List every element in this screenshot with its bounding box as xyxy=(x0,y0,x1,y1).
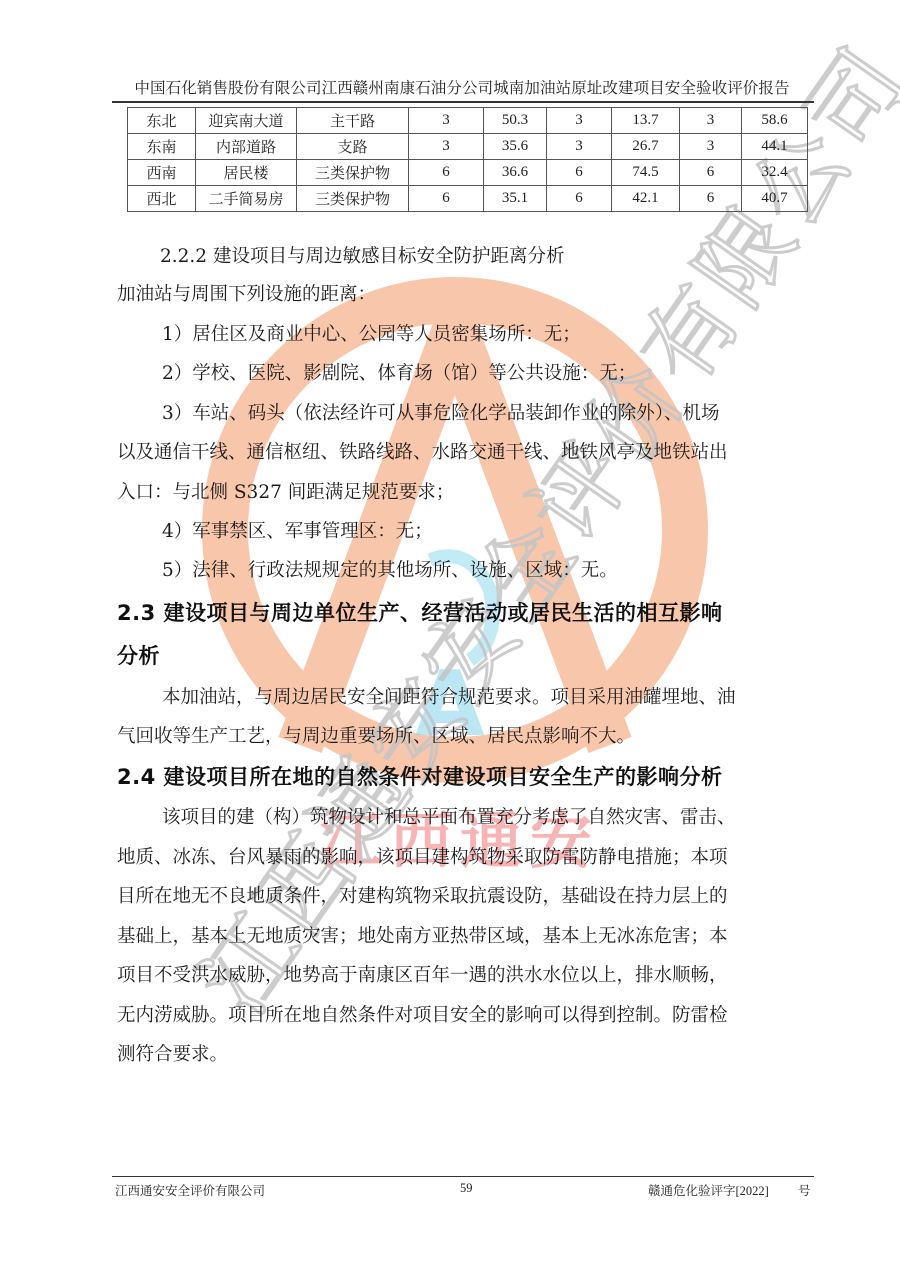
facility-cell: 居民楼 xyxy=(196,160,297,186)
paragraph-line: 无内涝威胁。项目所在地自然条件对项目安全的影响可以得到控制。防雷检 xyxy=(117,1001,728,1027)
value-cell: 6 xyxy=(409,186,484,212)
table-row: 东北 迎宾南大道 主干路 3 50.3 3 13.7 3 58.6 xyxy=(128,108,808,134)
value-cell: 42.1 xyxy=(612,186,680,212)
table-row: 西北 二手简易房 三类保护物 6 35.1 6 42.1 6 40.7 xyxy=(128,186,808,212)
document-page: A 江西通安 江西通安安全评价有限公司 中国石化销售股份有限公司江西赣州南康石油… xyxy=(0,0,900,1272)
value-cell: 3 xyxy=(409,108,484,134)
footer-divider xyxy=(112,1176,814,1177)
section-heading-2-3: 2.3 建设项目与周边单位生产、经营活动或居民生活的相互影响 xyxy=(117,597,723,627)
subsection-heading-2-2-2: 2.2.2 建设项目与周边敏感目标安全防护距离分析 xyxy=(160,242,564,268)
list-item: 4）军事禁区、军事管理区：无； xyxy=(162,517,433,543)
value-cell: 36.6 xyxy=(484,160,547,186)
value-cell: 13.7 xyxy=(612,108,680,134)
value-cell: 6 xyxy=(547,186,612,212)
value-cell: 35.1 xyxy=(484,186,547,212)
paragraph-line: 该项目的建（构）筑物设计和总平面布置充分考虑了自然灾害、雷击、 xyxy=(162,803,736,829)
value-cell: 50.3 xyxy=(484,108,547,134)
category-cell: 三类保护物 xyxy=(297,186,409,212)
facility-cell: 迎宾南大道 xyxy=(196,108,297,134)
table-row: 西南 居民楼 三类保护物 6 36.6 6 74.5 6 32.4 xyxy=(128,160,808,186)
value-cell: 6 xyxy=(409,160,484,186)
list-item-continued: 入口：与北侧 S327 间距满足规范要求； xyxy=(117,478,454,504)
footer-company: 江西通安安全评价有限公司 xyxy=(115,1181,265,1199)
section-heading-2-4: 2.4 建设项目所在地的自然条件对建设项目安全生产的影响分析 xyxy=(117,761,723,791)
value-cell: 40.7 xyxy=(742,186,808,212)
list-item: 1）居住区及商业中心、公园等人员密集场所：无； xyxy=(162,320,581,346)
value-cell: 6 xyxy=(547,160,612,186)
paragraph-line: 项目不受洪水威胁，地势高于南康区百年一遇的洪水水位以上，排水顺畅， xyxy=(117,961,728,987)
header-divider xyxy=(112,101,814,103)
paragraph-line: 测符合要求。 xyxy=(117,1040,228,1066)
value-cell: 26.7 xyxy=(612,134,680,160)
distance-table: 东北 迎宾南大道 主干路 3 50.3 3 13.7 3 58.6 东南 内部道… xyxy=(127,107,808,212)
list-item: 3）车站、码头（依法经许可从事危险化学品装卸作业的除外）、机场 xyxy=(162,399,720,425)
facility-cell: 二手简易房 xyxy=(196,186,297,212)
value-cell: 32.4 xyxy=(742,160,808,186)
list-item: 5）法律、行政法规规定的其他场所、设施、区域：无。 xyxy=(162,556,618,582)
direction-cell: 西北 xyxy=(128,186,196,212)
page-number: 59 xyxy=(460,1181,473,1196)
paragraph-line: 地质、冰冻、台风暴雨的影响，该项目建构筑物采取防雷防静电措施；本项 xyxy=(117,843,728,869)
paragraph-intro: 加油站与周围下列设施的距离： xyxy=(117,280,376,306)
category-cell: 主干路 xyxy=(297,108,409,134)
paragraph-line: 本加油站，与周边居民安全间距符合规范要求。项目采用油罐埋地、油 xyxy=(162,683,736,709)
value-cell: 3 xyxy=(547,108,612,134)
value-cell: 3 xyxy=(680,134,742,160)
value-cell: 3 xyxy=(409,134,484,160)
direction-cell: 东北 xyxy=(128,108,196,134)
footer-doc-number-suffix: 号 xyxy=(798,1181,811,1199)
value-cell: 74.5 xyxy=(612,160,680,186)
value-cell: 58.6 xyxy=(742,108,808,134)
list-item-continued: 以及通信干线、通信枢纽、铁路线路、水路交通干线、地铁风亭及地铁站出 xyxy=(117,438,728,464)
footer-doc-number: 赣通危化验评字[2022] xyxy=(648,1181,769,1199)
value-cell: 6 xyxy=(680,186,742,212)
value-cell: 6 xyxy=(680,160,742,186)
value-cell: 3 xyxy=(547,134,612,160)
category-cell: 支路 xyxy=(297,134,409,160)
paragraph-line: 目所在地无不良地质条件，对建构筑物采取抗震设防，基础设在持力层上的 xyxy=(117,882,728,908)
paragraph-line: 基础上，基本上无地质灾害；地处南方亚热带区域，基本上无冰冻危害；本 xyxy=(117,922,728,948)
section-heading-2-3-continued: 分析 xyxy=(117,640,160,670)
direction-cell: 东南 xyxy=(128,134,196,160)
value-cell: 35.6 xyxy=(484,134,547,160)
paragraph-line: 气回收等生产工艺，与周边重要场所、区域、居民点影响不大。 xyxy=(117,722,635,748)
facility-cell: 内部道路 xyxy=(196,134,297,160)
value-cell: 44.1 xyxy=(742,134,808,160)
list-item: 2）学校、医院、影剧院、体育场（馆）等公共设施：无； xyxy=(162,359,636,385)
report-header-title: 中国石化销售股份有限公司江西赣州南康石油分公司城南加油站原址改建项目安全验收评价… xyxy=(112,76,812,98)
table-row: 东南 内部道路 支路 3 35.6 3 26.7 3 44.1 xyxy=(128,134,808,160)
direction-cell: 西南 xyxy=(128,160,196,186)
value-cell: 3 xyxy=(680,108,742,134)
category-cell: 三类保护物 xyxy=(297,160,409,186)
